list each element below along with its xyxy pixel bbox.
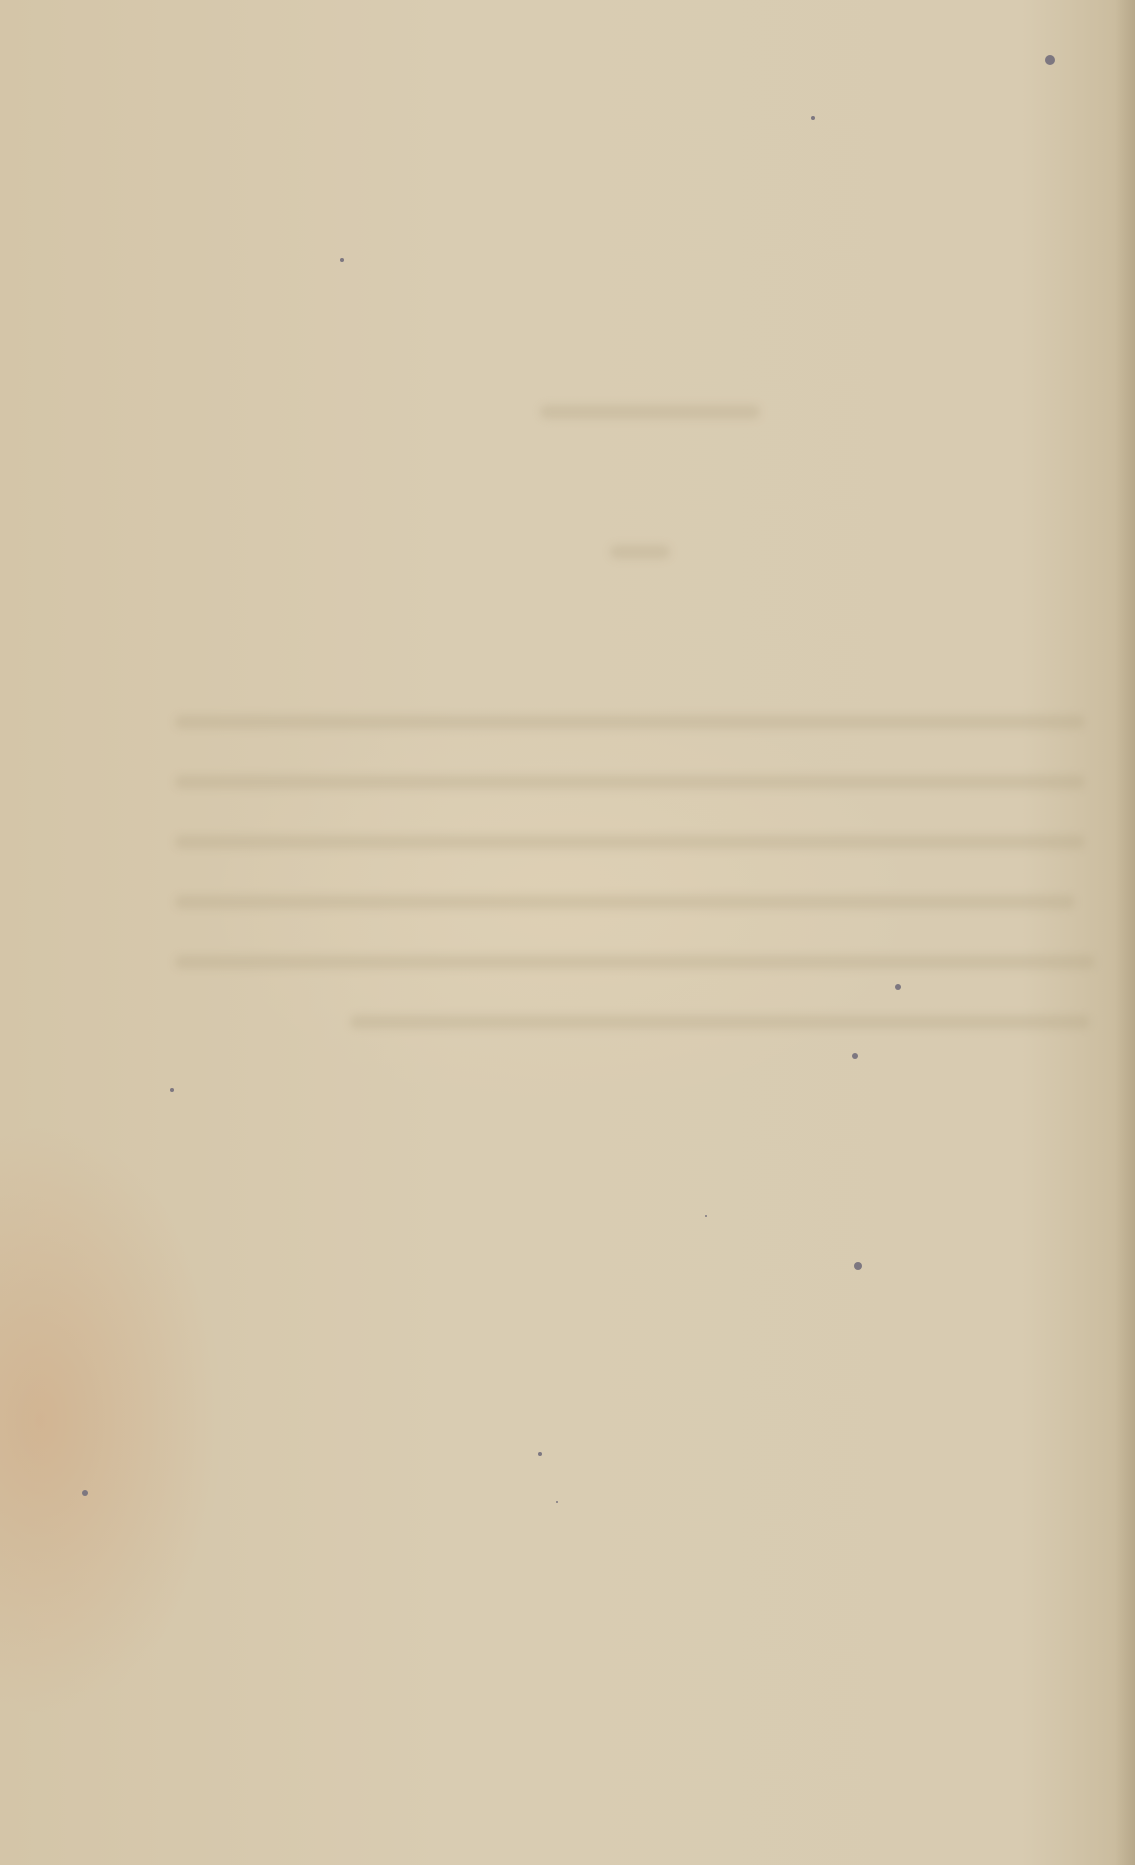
ghost-text-line [350, 1015, 1090, 1029]
ghost-text-line [610, 545, 670, 559]
speck [340, 258, 344, 262]
ghost-text-line [540, 405, 760, 419]
speck [854, 1262, 862, 1270]
ghost-text-line [175, 895, 1075, 909]
speck [1045, 55, 1055, 65]
page-gutter-shadow [1115, 0, 1135, 1865]
speck [82, 1490, 88, 1496]
speck [538, 1452, 542, 1456]
speck [705, 1215, 707, 1217]
ghost-text-line [175, 715, 1085, 729]
ghost-text-line [175, 775, 1085, 789]
speck [852, 1053, 858, 1059]
speck [556, 1501, 558, 1503]
ghost-text-line [175, 835, 1085, 849]
speck [895, 984, 901, 990]
ghost-text-line [175, 955, 1095, 969]
speck [170, 1088, 174, 1092]
scanned-page [0, 0, 1135, 1865]
speck [811, 116, 815, 120]
